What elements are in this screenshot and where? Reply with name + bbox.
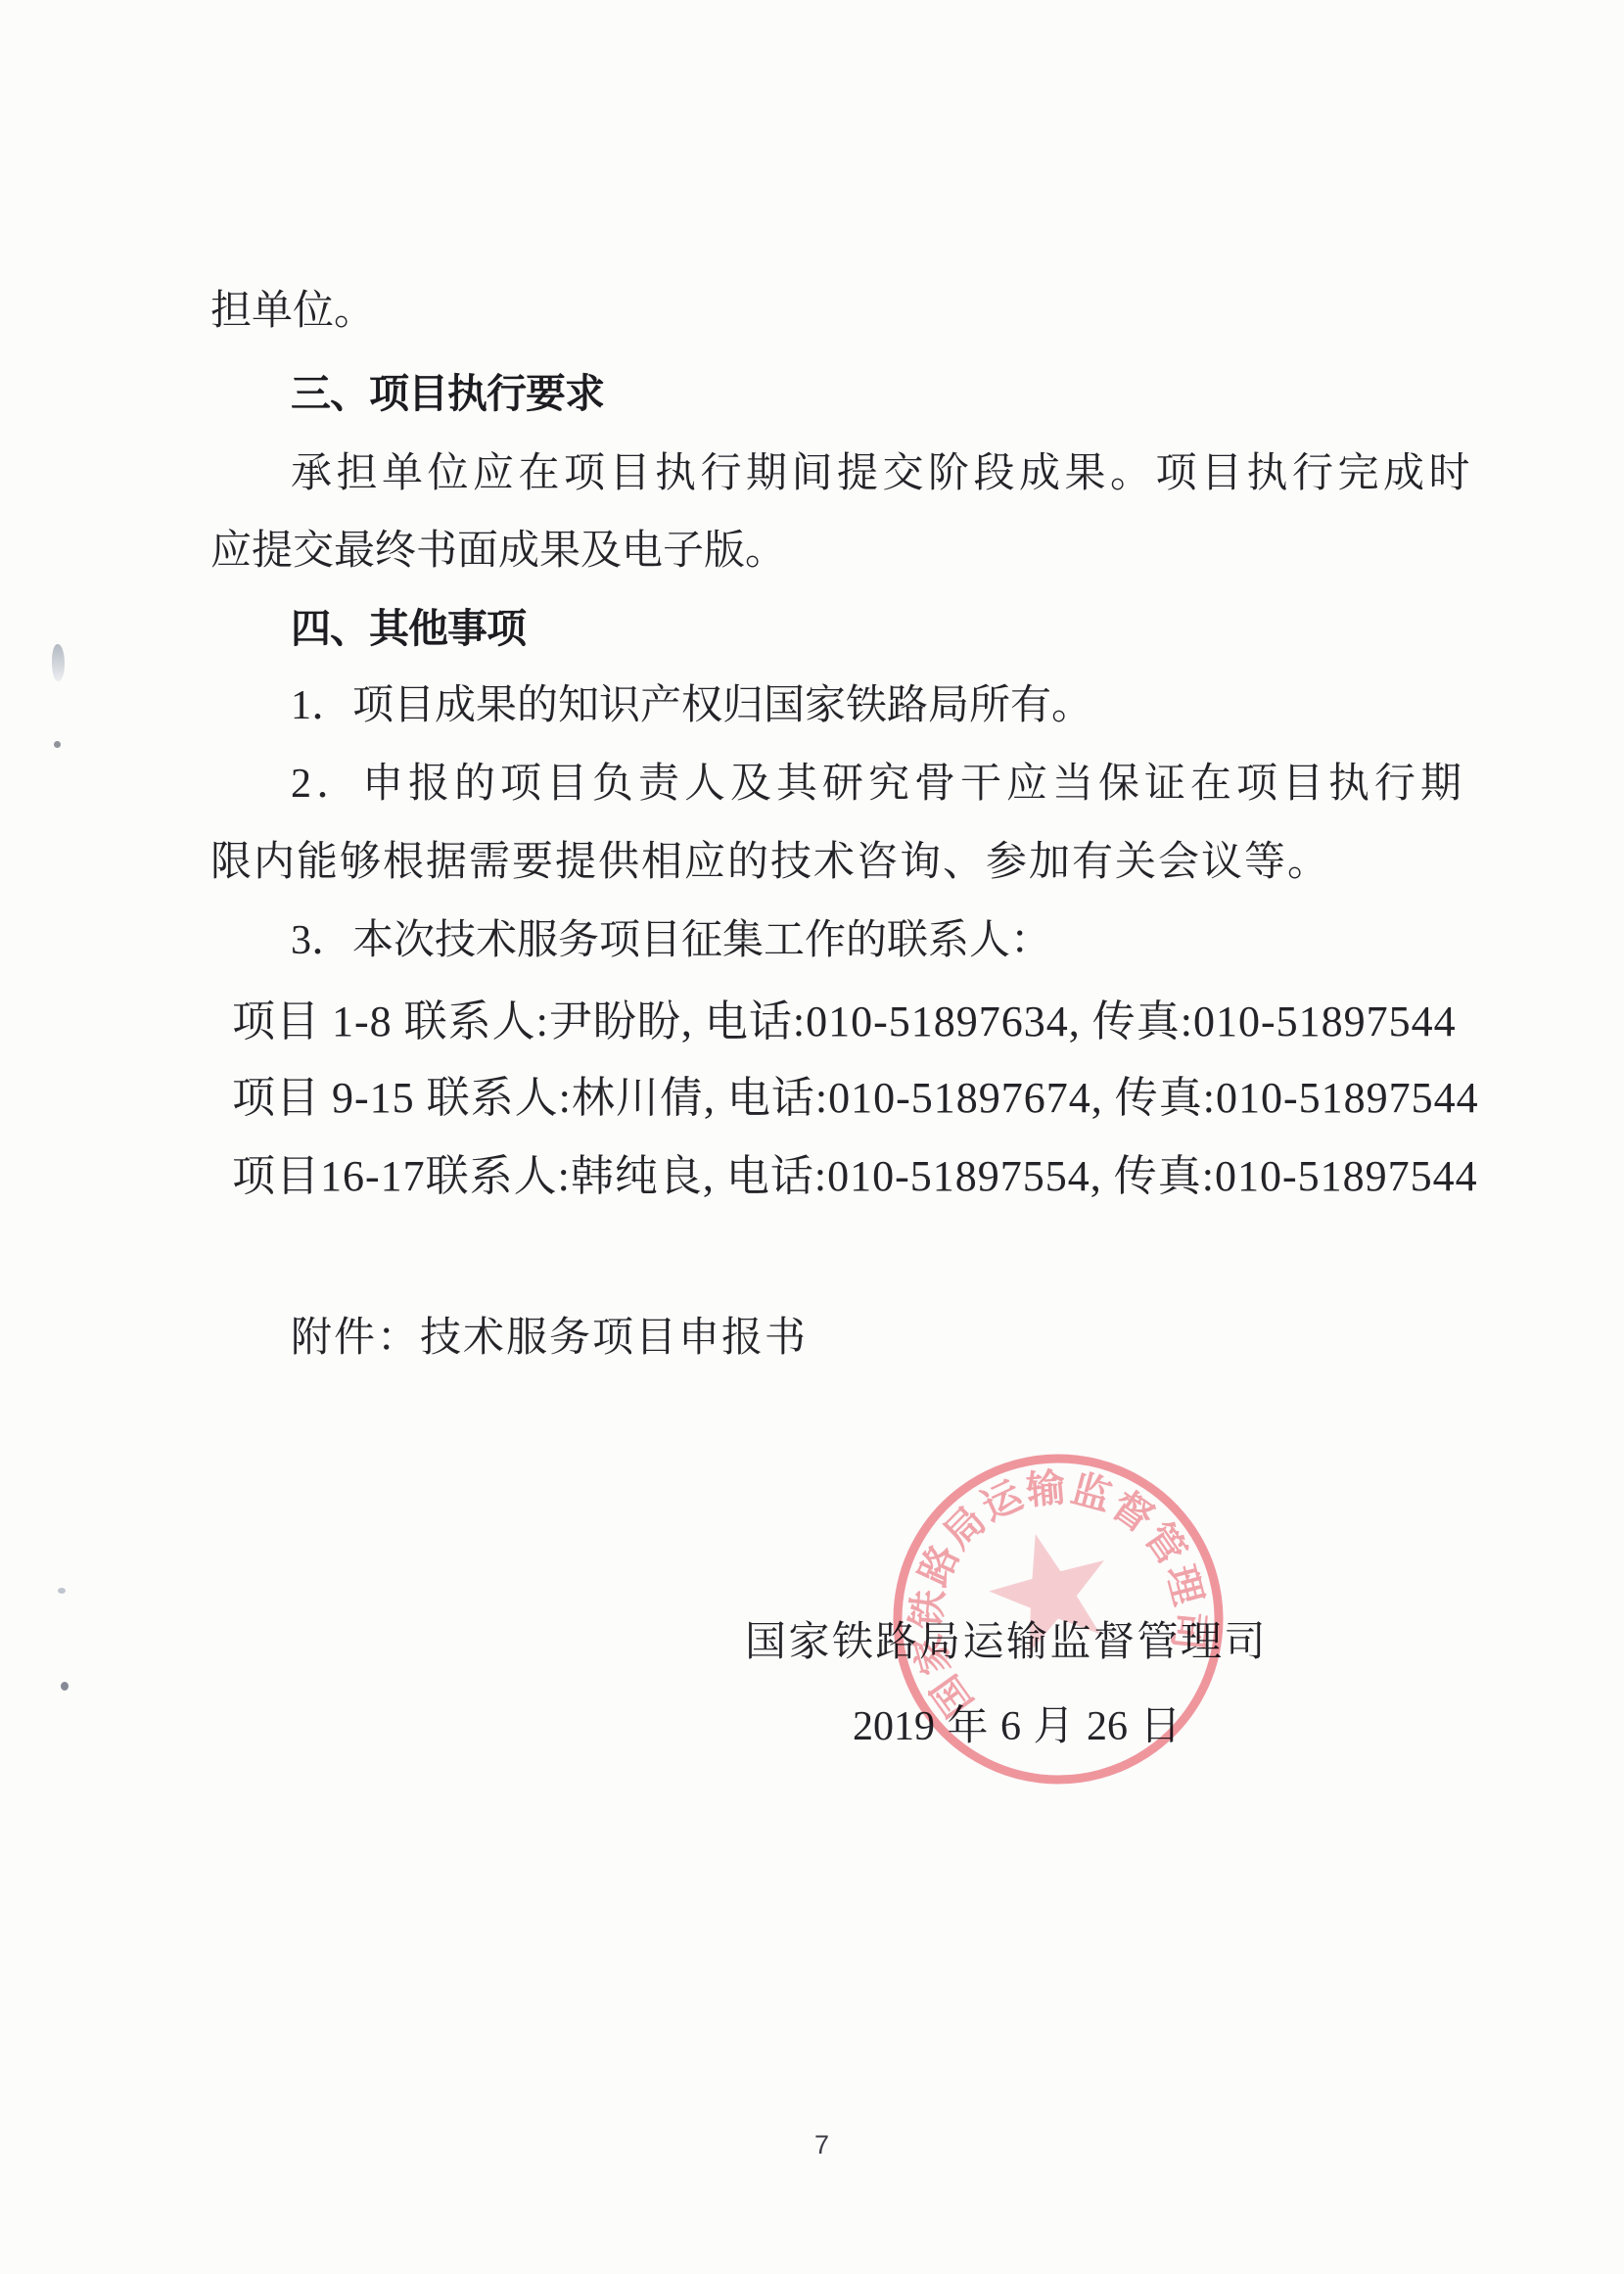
scan-artifact-dot (58, 1588, 66, 1594)
contact-line-projects-1-8: 项目 1-8 联系人:尹盼盼, 电话:010-51897634, 传真:010-… (232, 998, 1457, 1046)
page-number: 7 (814, 2130, 829, 2160)
seal-star-icon (978, 1518, 1123, 1658)
scan-artifact-dot (54, 741, 61, 748)
section-4-item-1: 1．项目成果的知识产权归国家铁路局所有。 (291, 681, 1092, 730)
section-3-paragraph-line-2: 应提交最终书面成果及电子版。 (210, 527, 786, 576)
section-3-paragraph-line-1: 承担单位应在项目执行期间提交阶段成果。项目执行完成时 (291, 449, 1474, 498)
section-4-item-2-line-2: 限内能够根据需要提供相应的技术咨询、参加有关会议等。 (210, 838, 1330, 887)
scan-artifact-smudge (52, 644, 65, 681)
official-red-seal: 国家铁路局运输监督管理司 (847, 1408, 1269, 1830)
section-3-heading: 三、项目执行要求 (291, 369, 604, 418)
carryover-text-line: 担单位。 (210, 287, 375, 336)
section-4-heading: 四、其他事项 (291, 604, 526, 653)
section-4-item-3: 3．本次技术服务项目征集工作的联系人： (291, 916, 1051, 965)
contact-line-projects-9-15: 项目 9-15 联系人:林川倩, 电话:010-51897674, 传真:010… (232, 1074, 1479, 1123)
contact-line-projects-16-17: 项目16-17联系人:韩纯良, 电话:010-51897554, 传真:010-… (232, 1152, 1478, 1201)
attachment-line: 附件：技术服务项目申报书 (291, 1314, 808, 1363)
section-4-item-2-line-1: 2．申报的项目负责人及其研究骨干应当保证在项目执行期 (291, 760, 1466, 809)
scan-artifact-dot (61, 1682, 69, 1691)
scanned-document-page: 担单位。 三、项目执行要求 承担单位应在项目执行期间提交阶段成果。项目执行完成时… (0, 0, 1624, 2274)
